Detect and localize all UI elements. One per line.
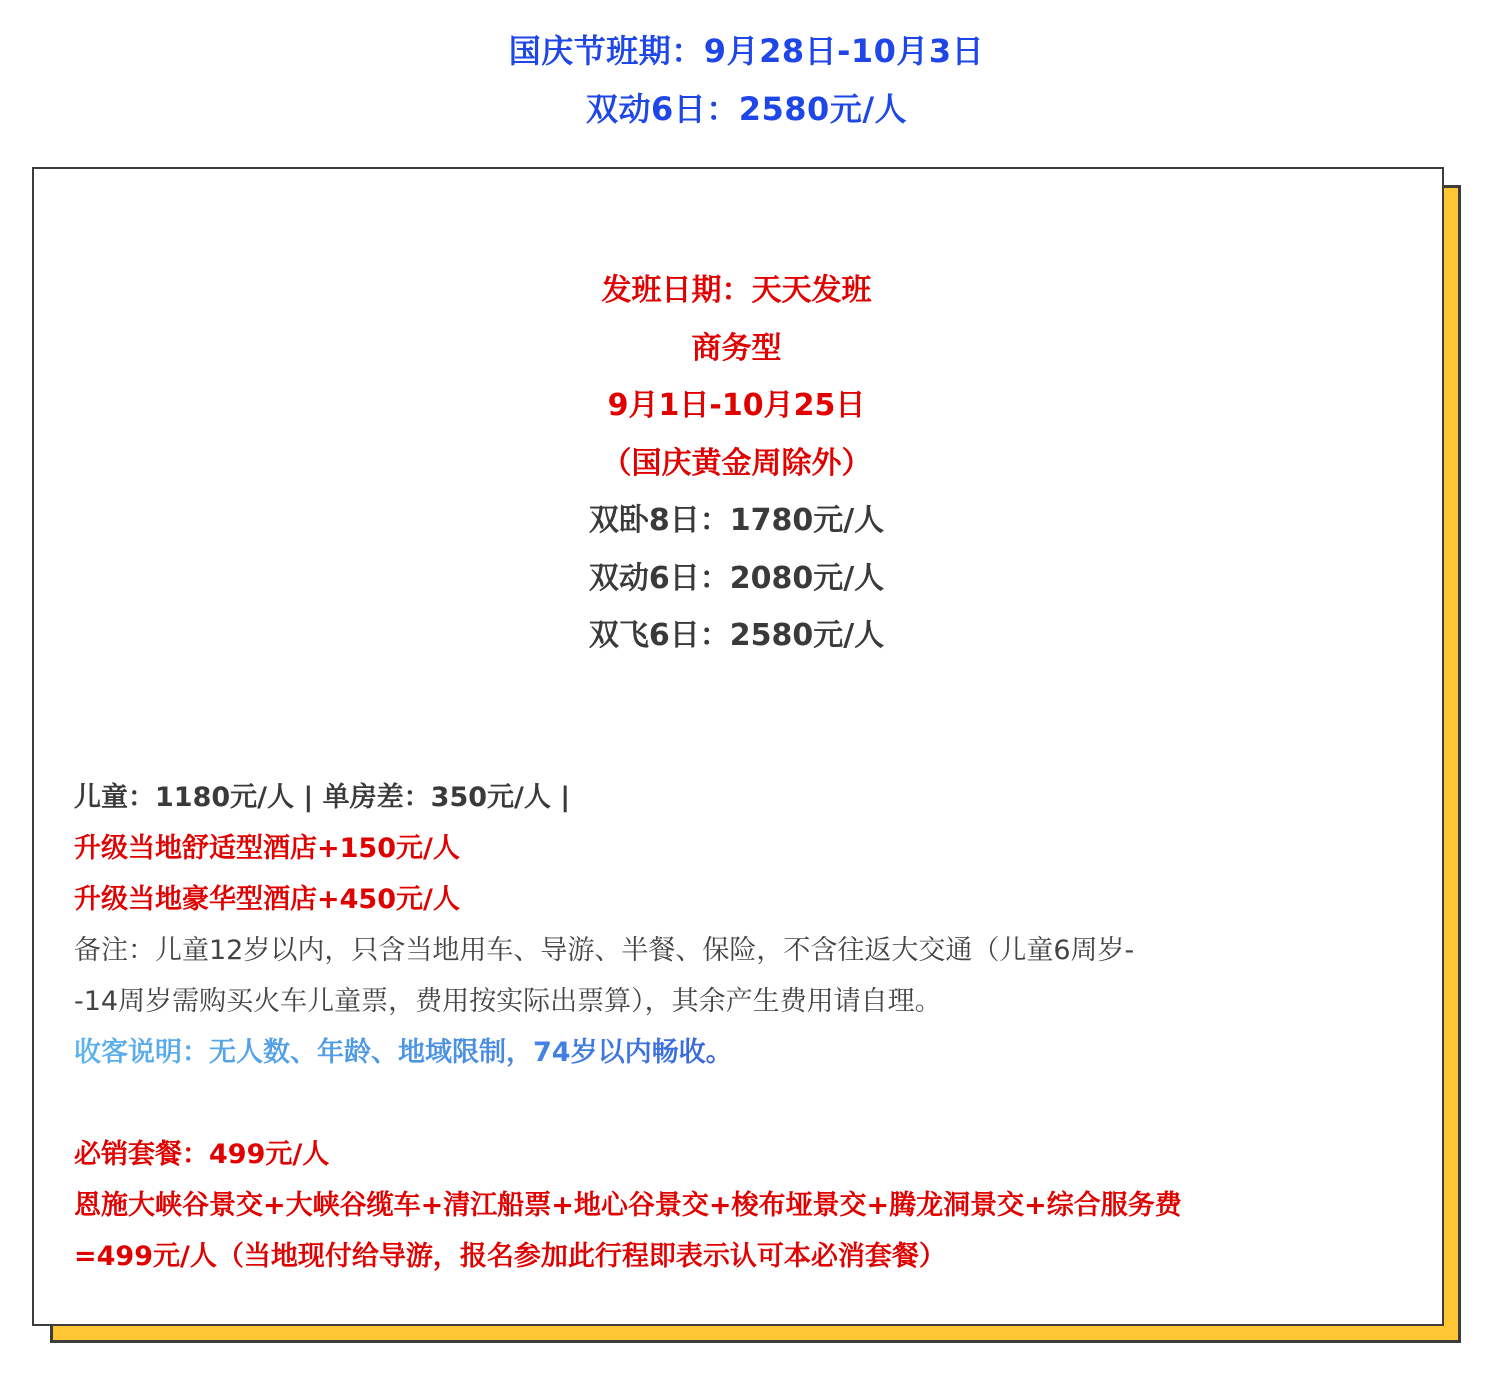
pricing-summary: 发班日期：天天发班 商务型 9月1日-10月25日 （国庆黄金周除外） 双卧8日…	[0, 262, 1473, 665]
pricing-details: 儿童：1180元/人 | 单房差：350元/人 | 升级当地舒适型酒店+150元…	[74, 772, 1414, 1282]
spacer	[74, 1078, 1414, 1129]
holiday-header: 国庆节班期：9月28日-10月3日 双动6日：2580元/人	[0, 22, 1493, 138]
departure-schedule: 发班日期：天天发班	[0, 262, 1473, 320]
guest-requirements: 收客说明：无人数、年龄、地域限制，74岁以内畅收。	[74, 1027, 733, 1078]
price-sleeper-train: 双卧8日：1780元/人	[0, 492, 1473, 550]
note-line-1: 备注：儿童12岁以内，只含当地用车、导游、半餐、保险，不含往返大交通（儿童6周岁…	[74, 925, 1414, 976]
price-high-speed-train: 双动6日：2080元/人	[0, 550, 1473, 608]
upgrade-comfort-hotel: 升级当地舒适型酒店+150元/人	[74, 823, 1414, 874]
date-range: 9月1日-10月25日	[0, 377, 1473, 435]
package-type: 商务型	[0, 320, 1473, 378]
holiday-price: 双动6日：2580元/人	[0, 80, 1493, 138]
note-line-2: -14周岁需购买火车儿童票，费用按实际出票算），其余产生费用请自理。	[74, 976, 1414, 1027]
date-exclusion: （国庆黄金周除外）	[0, 435, 1473, 493]
child-and-single-room-price: 儿童：1180元/人 | 单房差：350元/人 |	[74, 772, 1414, 823]
upgrade-luxury-hotel: 升级当地豪华型酒店+450元/人	[74, 874, 1414, 925]
mandatory-package-title: 必销套餐：499元/人	[74, 1129, 1414, 1180]
holiday-schedule-title: 国庆节班期：9月28日-10月3日	[0, 22, 1493, 80]
mandatory-package-terms: =499元/人（当地现付给导游，报名参加此行程即表示认可本必消套餐）	[74, 1231, 1414, 1282]
price-flight: 双飞6日：2580元/人	[0, 607, 1473, 665]
mandatory-package-items: 恩施大峡谷景交+大峡谷缆车+清江船票+地心谷景交+梭布垭景交+腾龙洞景交+综合服…	[74, 1180, 1414, 1231]
